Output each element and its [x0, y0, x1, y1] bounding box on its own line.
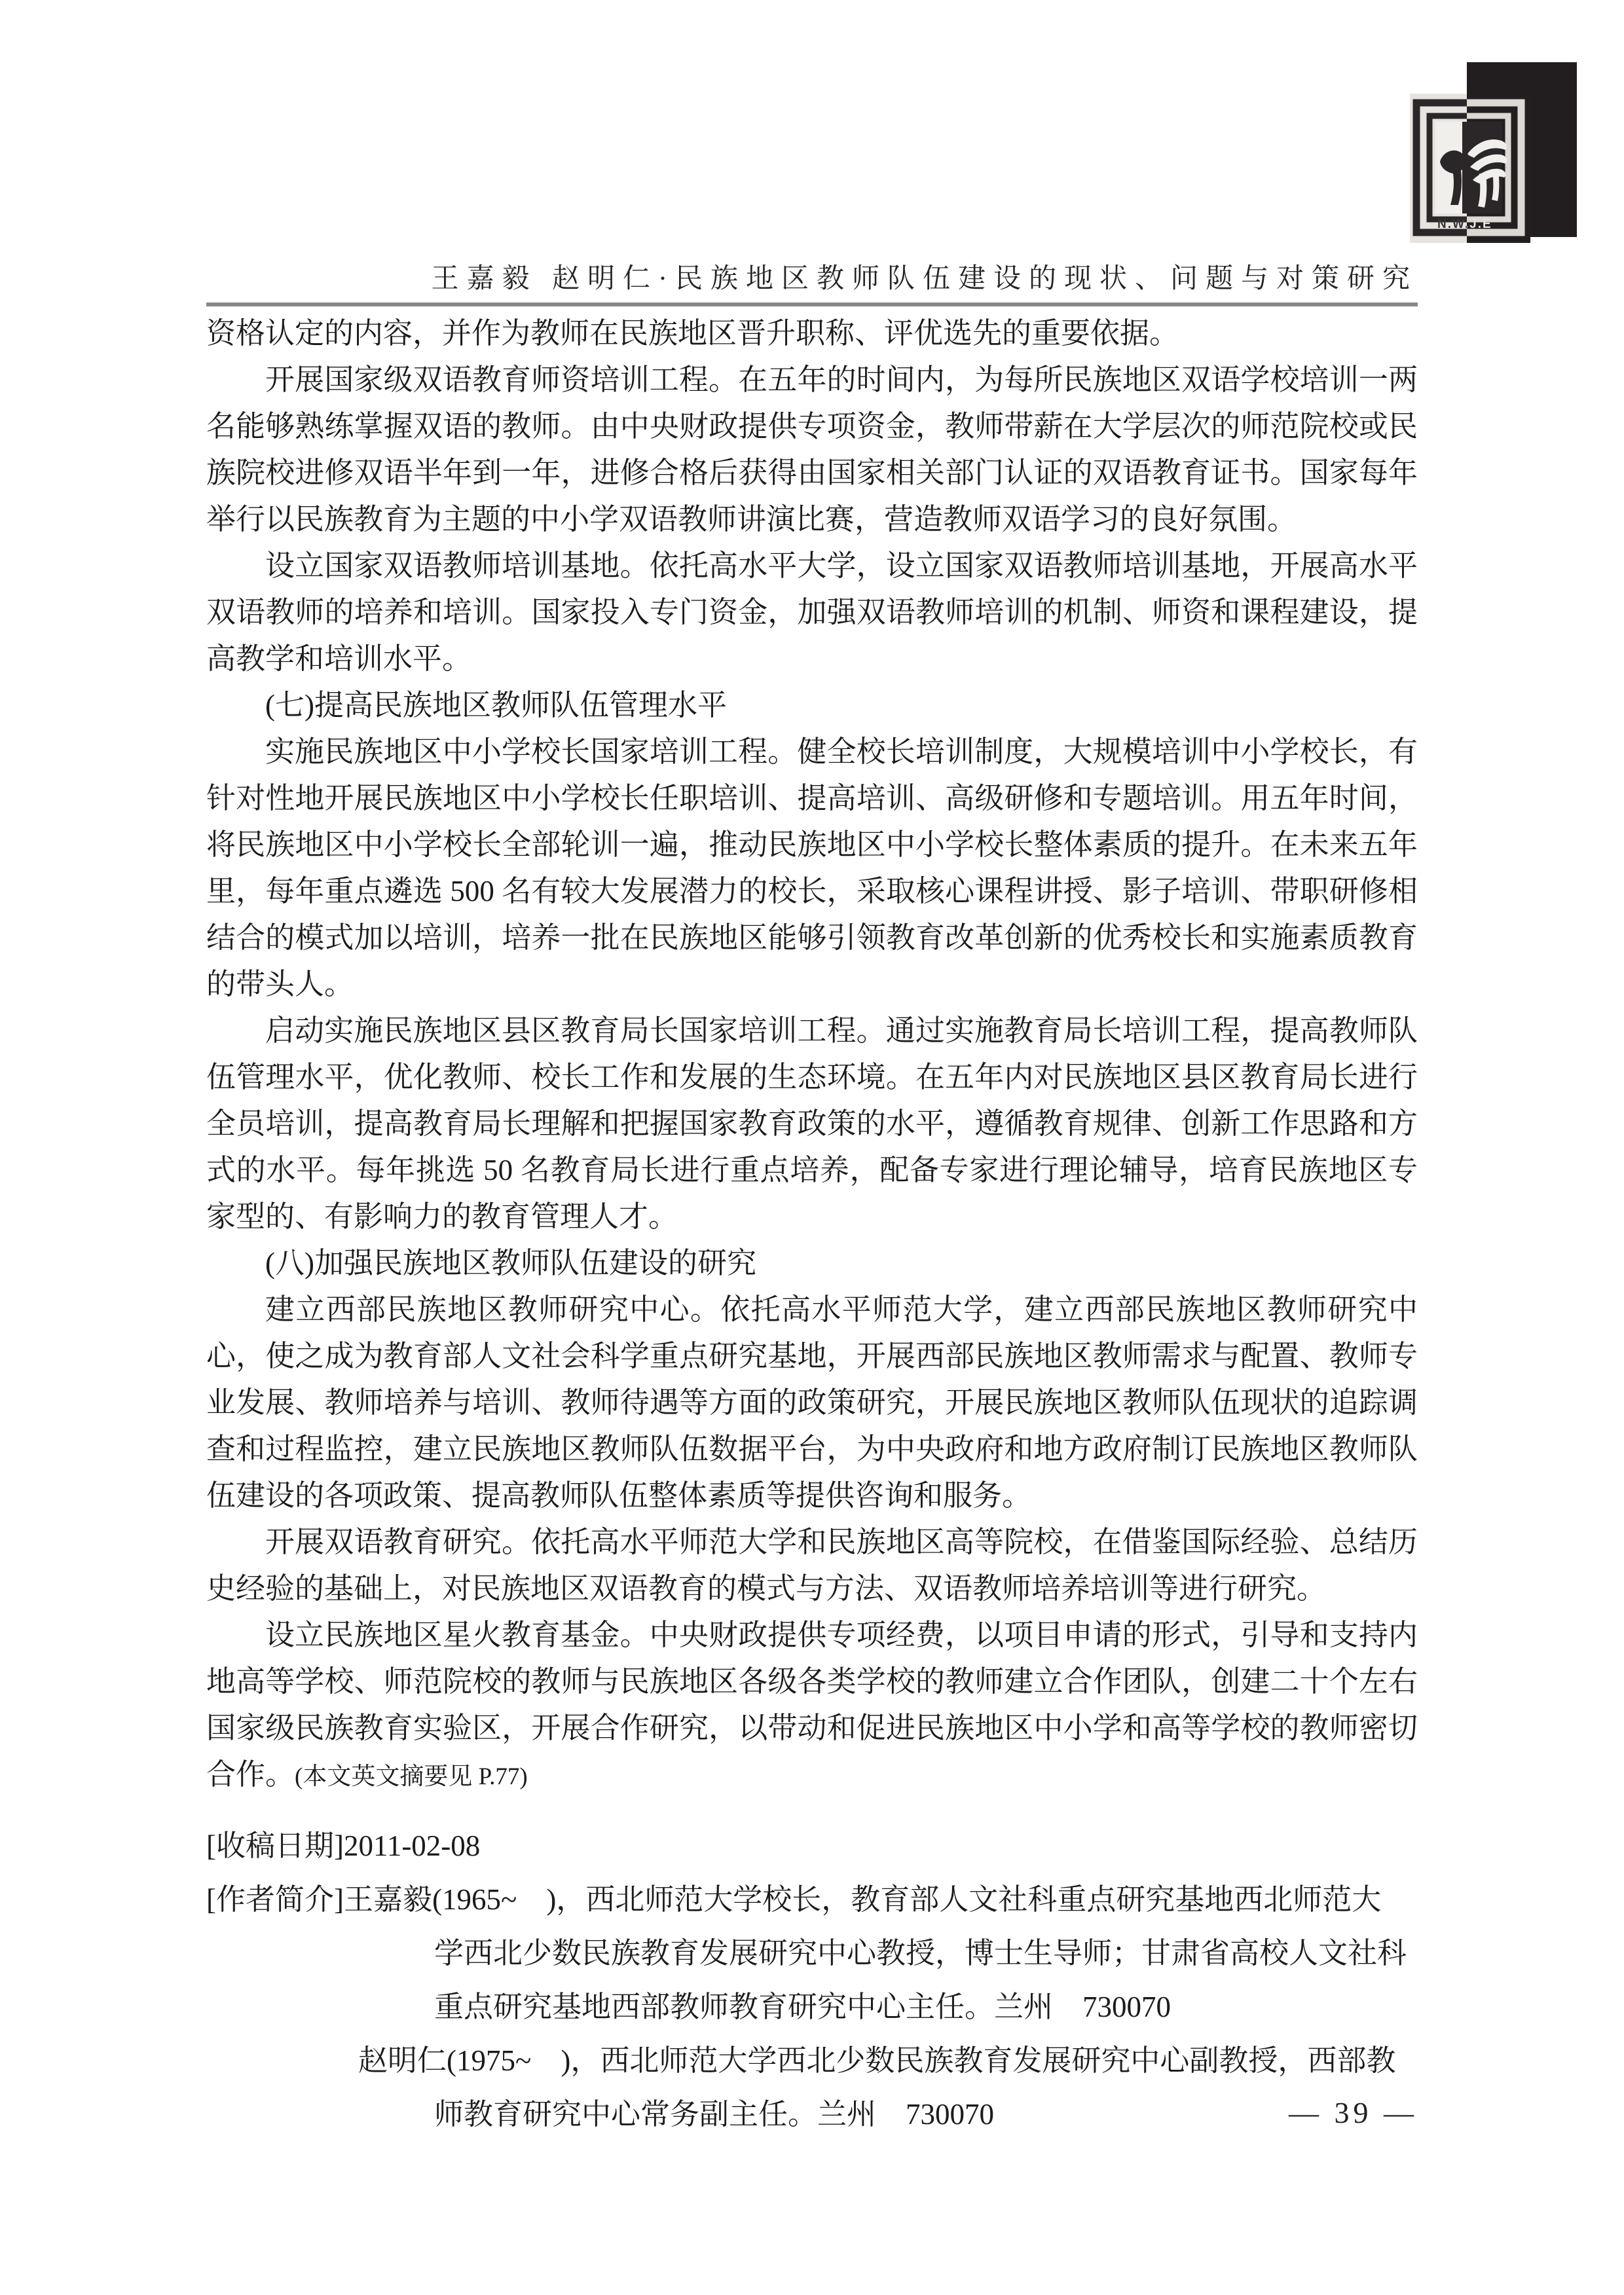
page-number: — 39 — — [1289, 2095, 1418, 2130]
body-paragraph: 建立西部民族地区教师研究中心。依托高水平师范大学，建立西部民族地区教师研究中心，… — [206, 1287, 1418, 1519]
article-body: 资格认定的内容，并作为教师在民族地区晋升职称、评优选先的重要依据。 开展国家级双… — [206, 310, 1418, 1800]
author-bio-line: 师教育研究中心常务副主任。兰州 730070 — [206, 2087, 1418, 2141]
body-paragraph: 实施民族地区中小学校长国家培训工程。健全校长培训制度，大规模培训中小学校长，有针… — [206, 729, 1418, 1008]
section-heading-7: (七)提高民族地区教师队伍管理水平 — [206, 682, 1418, 729]
running-header: 王嘉毅 赵明仁·民族地区教师队伍建设的现状、问题与对策研究 — [206, 263, 1418, 295]
received-label: [收稿日期] — [206, 1829, 344, 1862]
received-date: 2011-02-08 — [344, 1829, 480, 1862]
body-paragraph: 开展国家级双语教育师资培训工程。在五年的时间内，为每所民族地区双语学校培训一两名… — [206, 357, 1418, 543]
author-bio-line: 学西北少数民族教育发展研究中心教授，博士生导师；甘肃省高校人文社科 — [206, 1926, 1418, 1980]
authors-label: [作者简介] — [206, 1883, 344, 1916]
author-bio-line: 重点研究基地西部教师教育研究中心主任。兰州 730070 — [206, 1980, 1418, 2034]
article-footer: [收稿日期]2011-02-08 [作者简介]王嘉毅(1965~ )，西北师范大… — [206, 1819, 1418, 2141]
header-rule — [206, 303, 1418, 306]
document-page: N.W.J.E N.W.J.E 王嘉毅 赵明仁·民族地区教师队伍建设的现状、问题… — [0, 0, 1624, 2295]
author-bio-line: [作者简介]王嘉毅(1965~ )，西北师范大学校长，教育部人文社科重点研究基地… — [206, 1873, 1418, 1926]
body-paragraph: 设立民族地区星火教育基金。中央财政提供专项经费，以项目申请的形式，引导和支持内地… — [206, 1612, 1418, 1800]
nwje-emblem: N.W.J.E N.W.J.E — [1410, 94, 1530, 243]
author1-bio-text: 王嘉毅(1965~ )，西北师范大学校长，教育部人文社科重点研究基地西北师范大 — [344, 1883, 1381, 1916]
body-paragraph: 设立国家双语教师培训基地。依托高水平大学，设立国家双语教师培训基地，开展高水平双… — [206, 543, 1418, 682]
journal-logo: N.W.J.E N.W.J.E — [1408, 62, 1578, 246]
author-bio-line: 赵明仁(1975~ )，西北师范大学西北少数民族教育发展研究中心副教授，西部教 — [206, 2034, 1418, 2087]
received-date-line: [收稿日期]2011-02-08 — [206, 1819, 1418, 1873]
body-paragraph: 资格认定的内容，并作为教师在民族地区晋升职称、评优选先的重要依据。 — [206, 310, 1418, 357]
english-abstract-note: (本文英文摘要见 P.77) — [295, 1763, 528, 1790]
section-heading-8: (八)加强民族地区教师队伍建设的研究 — [206, 1240, 1418, 1287]
body-paragraph: 启动实施民族地区县区教育局长国家培训工程。通过实施教育局长培训工程，提高教师队伍… — [206, 1008, 1418, 1240]
body-paragraph: 开展双语教育研究。依托高水平师范大学和民族地区高等院校，在借鉴国际经验、总结历史… — [206, 1519, 1418, 1612]
